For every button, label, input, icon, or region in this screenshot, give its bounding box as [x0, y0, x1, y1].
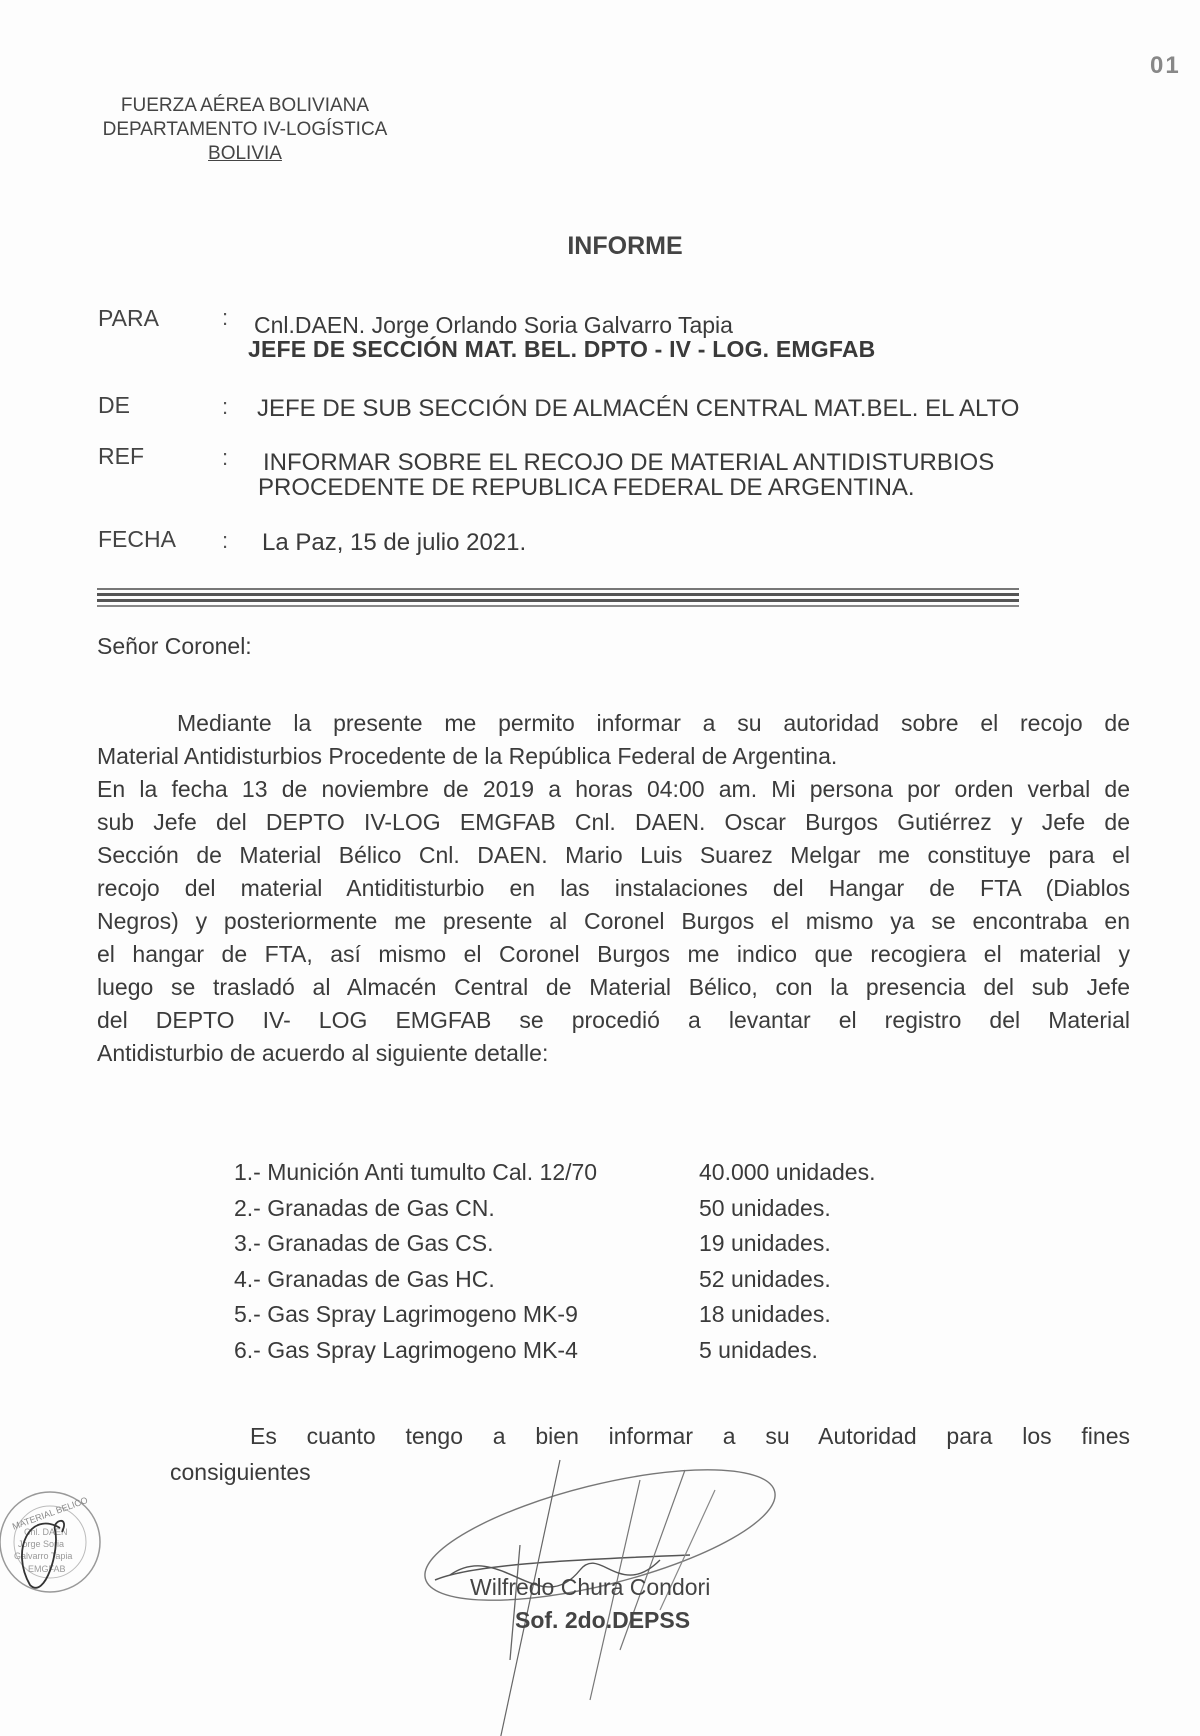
- body-line: Material Antidisturbios Procedente de la…: [97, 740, 1130, 773]
- document-title: INFORME: [0, 232, 1200, 261]
- body-line: del DEPTO IV- LOG EMGFAB se procedió a l…: [97, 1004, 1130, 1037]
- letterhead-country: BOLIVIA: [65, 142, 425, 166]
- item-description: 4.- Granadas de Gas HC.: [234, 1262, 699, 1298]
- item-quantity: 40.000 unidades.: [699, 1155, 876, 1191]
- de-sender: JEFE DE SUB SECCIÓN DE ALMACÉN CENTRAL M…: [257, 396, 1019, 421]
- list-item: 2.- Granadas de Gas CN.50 unidades.: [234, 1191, 876, 1227]
- body-line: recojo del material Antiditisturbio en l…: [97, 872, 1130, 905]
- svg-text:EMGFAB: EMGFAB: [28, 1564, 66, 1574]
- body-line: En la fecha 13 de noviembre de 2019 a ho…: [97, 773, 1130, 806]
- item-quantity: 18 unidades.: [699, 1297, 831, 1333]
- item-description: 3.- Granadas de Gas CS.: [234, 1226, 699, 1262]
- para-recipient-title: JEFE DE SECCIÓN MAT. BEL. DPTO - IV - LO…: [248, 337, 875, 362]
- fecha-colon: :: [222, 528, 228, 554]
- salutation: Señor Coronel:: [97, 630, 252, 663]
- material-list: 1.- Munición Anti tumulto Cal. 12/7040.0…: [234, 1155, 876, 1368]
- ref-label: REF: [98, 443, 144, 470]
- body-line: Sección de Material Bélico Cnl. DAEN. Ma…: [97, 839, 1130, 872]
- item-quantity: 5 unidades.: [699, 1333, 818, 1369]
- body-line: Antidisturbio de acuerdo al siguiente de…: [97, 1037, 1130, 1070]
- ref-line2: PROCEDENTE DE REPUBLICA FEDERAL DE ARGEN…: [258, 475, 915, 500]
- ref-colon: :: [222, 445, 228, 471]
- body-line: Mediante la presente me permito informar…: [97, 707, 1130, 740]
- item-quantity: 52 unidades.: [699, 1262, 831, 1298]
- body-line: luego se trasladó al Almacén Central de …: [97, 971, 1130, 1004]
- para-colon: :: [222, 305, 228, 331]
- item-description: 1.- Munición Anti tumulto Cal. 12/70: [234, 1155, 699, 1191]
- body-line: sub Jefe del DEPTO IV-LOG EMGFAB Cnl. DA…: [97, 806, 1130, 839]
- letterhead-department: DEPARTAMENTO IV-LOGÍSTICA: [65, 118, 425, 142]
- list-item: 4.- Granadas de Gas HC.52 unidades.: [234, 1262, 876, 1298]
- official-stamp: MATERIAL BELICO Cnl. DAEN Jorge Soria Ga…: [0, 1480, 110, 1610]
- item-description: 6.- Gas Spray Lagrimogeno MK-4: [234, 1333, 699, 1369]
- signatory-name: Wilfredo Chura Condori: [470, 1574, 710, 1601]
- fecha-label: FECHA: [98, 526, 176, 553]
- body-line: Negros) y posteriormente me presente al …: [97, 905, 1130, 938]
- item-quantity: 19 unidades.: [699, 1226, 831, 1262]
- closing-line1: Es cuanto tengo a bien informar a su Aut…: [170, 1420, 1130, 1453]
- body-line: el hangar de FTA, así mismo el Coronel B…: [97, 938, 1130, 971]
- list-item: 1.- Munición Anti tumulto Cal. 12/7040.0…: [234, 1155, 876, 1191]
- para-recipient-name: Cnl.DAEN. Jorge Orlando Soria Galvarro T…: [254, 313, 733, 338]
- page-number: 01: [1150, 52, 1181, 80]
- item-description: 2.- Granadas de Gas CN.: [234, 1191, 699, 1227]
- stamp-icon: MATERIAL BELICO Cnl. DAEN Jorge Soria Ga…: [0, 1480, 110, 1610]
- list-item: 5.- Gas Spray Lagrimogeno MK-918 unidade…: [234, 1297, 876, 1333]
- letterhead-org: FUERZA AÉREA BOLIVIANA: [65, 94, 425, 118]
- item-quantity: 50 unidades.: [699, 1191, 831, 1227]
- body-paragraph: Mediante la presente me permito informar…: [97, 707, 1130, 1070]
- closing-line2: consiguientes: [170, 1456, 311, 1489]
- para-label: PARA: [98, 305, 159, 332]
- list-item: 3.- Granadas de Gas CS.19 unidades.: [234, 1226, 876, 1262]
- signatory-rank: Sof. 2do.DEPSS: [515, 1607, 690, 1634]
- letterhead: FUERZA AÉREA BOLIVIANA DEPARTAMENTO IV-L…: [65, 94, 425, 166]
- item-description: 5.- Gas Spray Lagrimogeno MK-9: [234, 1297, 699, 1333]
- ref-line1: INFORMAR SOBRE EL RECOJO DE MATERIAL ANT…: [263, 450, 994, 475]
- list-item: 6.- Gas Spray Lagrimogeno MK-45 unidades…: [234, 1333, 876, 1369]
- svg-text:Cnl. DAEN: Cnl. DAEN: [24, 1527, 68, 1537]
- fecha-value: La Paz, 15 de julio 2021.: [262, 530, 526, 555]
- de-label: DE: [98, 392, 130, 419]
- de-colon: :: [222, 394, 228, 420]
